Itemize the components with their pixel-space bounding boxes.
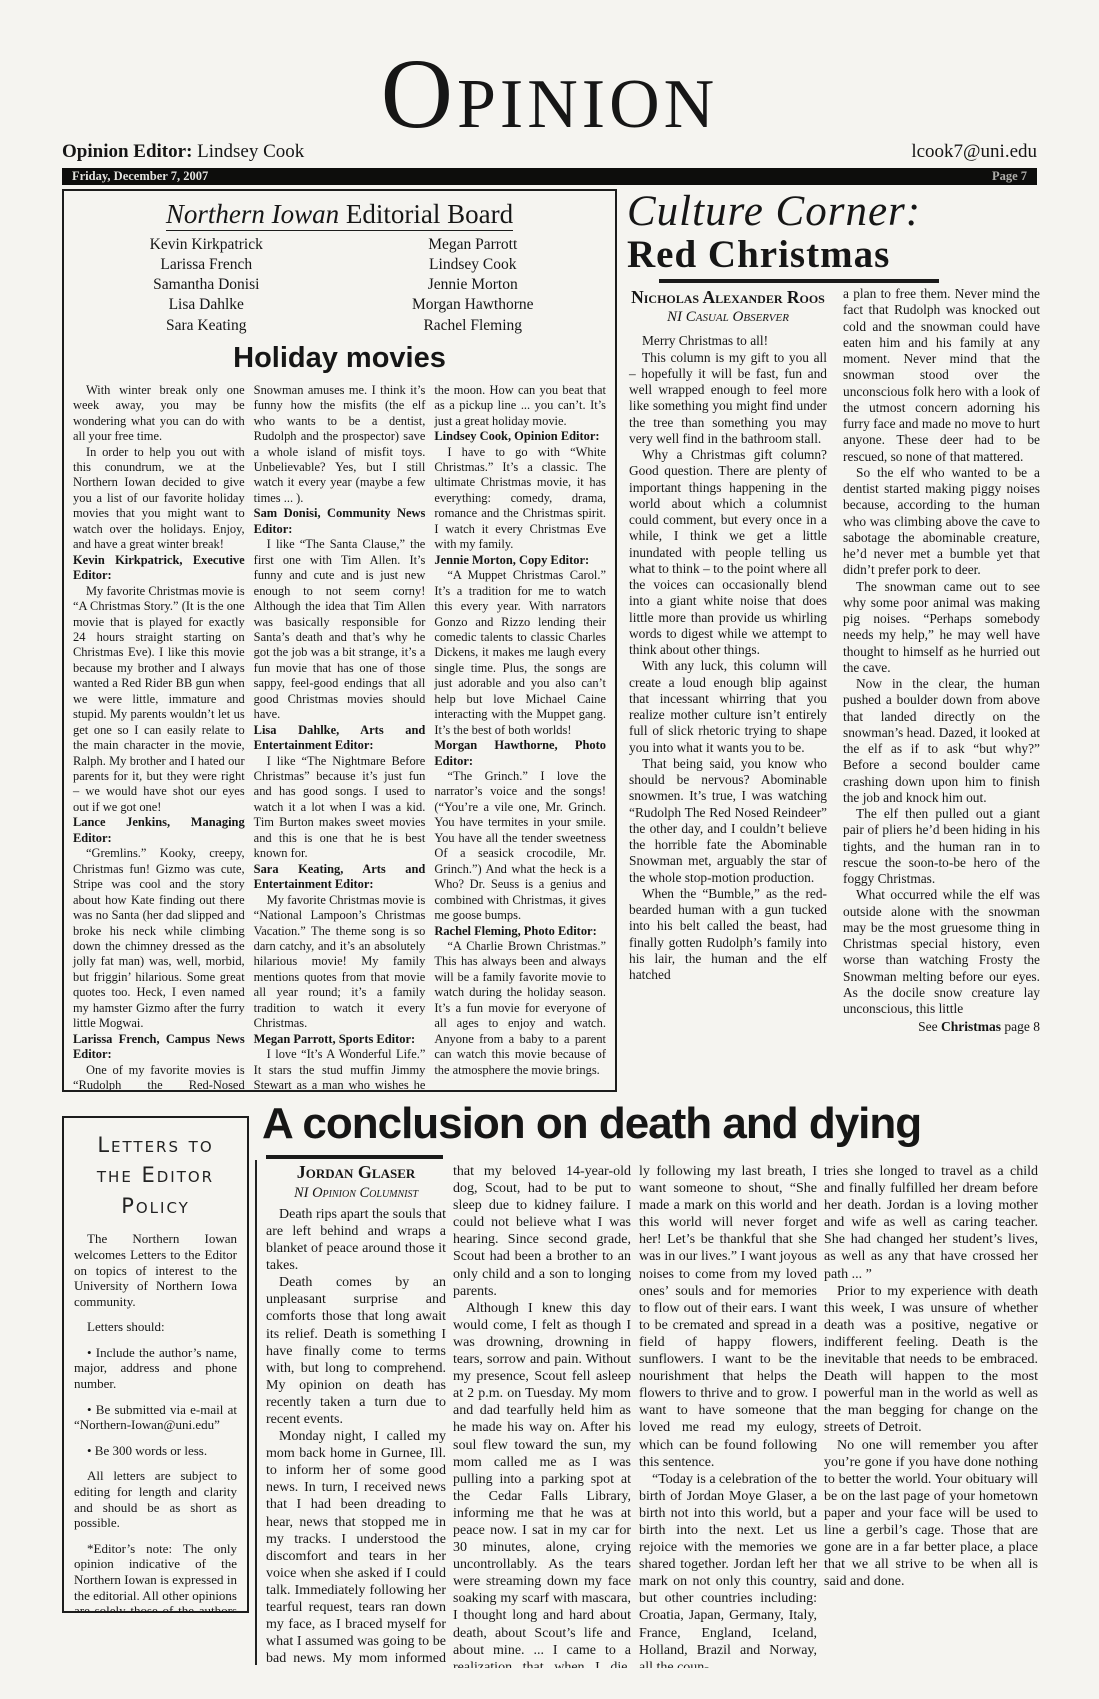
holiday-movies-headline: Holiday movies xyxy=(73,342,606,375)
board-member-name: Lindsey Cook xyxy=(340,255,607,275)
culture-corner-subtitle: Red Christmas xyxy=(627,235,1040,274)
column-subhead: Lisa Dahlke, Arts and Entertainment Edit… xyxy=(254,723,426,754)
column-subhead: Lindsey Cook, Opinion Editor: xyxy=(434,429,606,444)
paragraph: No one will remember you after you’re go… xyxy=(824,1437,1038,1591)
editorial-board-names: Kevin KirkpatrickLarissa FrenchSamantha … xyxy=(73,235,606,336)
paragraph: “A Charlie Brown Christmas.” This has al… xyxy=(434,939,606,1078)
paragraph: Prior to my experience with death this w… xyxy=(824,1283,1038,1437)
paragraph: “The Grinch.” I love the narrator’s voic… xyxy=(434,769,606,924)
board-member-name: Sara Keating xyxy=(73,316,340,336)
article-column: Jordan Glaser NI Opinion Columnist Death… xyxy=(266,1163,446,1668)
byline-author: Jordan Glaser xyxy=(266,1163,446,1183)
paragraph: In order to help you out with this conun… xyxy=(73,445,245,553)
paragraph: Now in the clear, the human pushed a bou… xyxy=(843,676,1040,806)
byline-role: NI Opinion Columnist xyxy=(266,1185,446,1202)
column-text: a plan to free them. Never mind the fact… xyxy=(843,286,1040,1017)
board-names-left: Kevin KirkpatrickLarissa FrenchSamantha … xyxy=(73,235,340,336)
column-subhead: Megan Parrott, Sports Editor: xyxy=(254,1032,426,1047)
paragraph: Death comes by an unpleasant surprise an… xyxy=(266,1274,446,1428)
jump-prefix: See xyxy=(918,1019,941,1034)
paragraph: When the “Bumble,” as the red-bearded hu… xyxy=(629,886,827,984)
editor-email: lcook7@uni.edu xyxy=(911,141,1037,163)
paragraph: I have to go with “White Christmas.” It’… xyxy=(434,445,606,553)
article-column: ly following my last breath, I want some… xyxy=(639,1163,817,1668)
paragraph: I love “It’s A Wonderful Life.” It stars… xyxy=(254,1047,426,1092)
column-divider-rule xyxy=(255,1160,257,1665)
paragraph: With any luck, this column will create a… xyxy=(629,658,827,756)
continued-on-page-note: See Christmas page 8 xyxy=(843,1019,1040,1035)
board-member-name: Rachel Fleming xyxy=(340,316,607,336)
letters-heading-line: the Editor xyxy=(74,1160,237,1190)
byline-role: NI Casual Observer xyxy=(629,309,827,326)
board-names-right: Megan ParrottLindsey CookJennie MortonMo… xyxy=(340,235,607,336)
death-article-headline: A conclusion on death and dying xyxy=(262,1099,1052,1149)
paragraph: Monday night, I called my mom back home … xyxy=(266,1428,446,1668)
paragraph: The Northern Iowan welcomes Letters to t… xyxy=(74,1231,237,1309)
paragraph: a plan to free them. Never mind the fact… xyxy=(843,286,1040,465)
byline: Nicholas Alexander Roos NI Casual Observ… xyxy=(629,288,827,326)
article-column: a plan to free them. Never mind the fact… xyxy=(843,286,1040,1035)
column-subhead: Sara Keating, Arts and Entertainment Edi… xyxy=(254,862,426,893)
board-title-rest: Editorial Board xyxy=(339,199,513,229)
byline-rule xyxy=(266,1155,443,1159)
paragraph: Why a Christmas gift column? Good questi… xyxy=(629,447,827,658)
paragraph: All letters are subject to editing for l… xyxy=(74,1468,237,1530)
headline-rule xyxy=(659,279,939,283)
column-subhead: Kevin Kirkpatrick, Executive Editor: xyxy=(73,553,245,584)
paragraph: “Gremlins.” Kooky, creepy, Christmas fun… xyxy=(73,846,245,1031)
paragraph: that my beloved 14-year-old dog, Scout, … xyxy=(453,1163,631,1300)
board-member-name: Larissa French xyxy=(73,255,340,275)
board-member-name: Jennie Morton xyxy=(340,275,607,295)
issue-date: Friday, December 7, 2007 xyxy=(72,169,208,184)
byline-author: Nicholas Alexander Roos xyxy=(629,288,827,307)
jump-suffix: page 8 xyxy=(1001,1019,1040,1034)
editorial-board-box: Northern Iowan Editorial Board Kevin Kir… xyxy=(62,189,617,1092)
column-subhead: Sam Donisi, Community News Editor: xyxy=(254,506,426,537)
board-member-name: Lisa Dahlke xyxy=(73,295,340,315)
letters-heading-line: Policy xyxy=(74,1191,237,1221)
byline: Jordan Glaser NI Opinion Columnist xyxy=(266,1163,446,1202)
article-column: the moon. How can you beat that as a pic… xyxy=(434,383,606,1092)
paragraph: With winter break only one week away, yo… xyxy=(73,383,245,445)
paragraph: Death rips apart the souls that are left… xyxy=(266,1206,446,1274)
board-member-name: Megan Parrott xyxy=(340,235,607,255)
letters-heading-line: Letters to xyxy=(74,1130,237,1160)
paragraph: My favorite Christmas movie is “National… xyxy=(254,893,426,1032)
paragraph: Although I knew this day would come, I f… xyxy=(453,1300,631,1668)
paragraph: I like “The Nightmare Before Christmas” … xyxy=(254,754,426,862)
paragraph: *Editor’s note: The only opinion indicat… xyxy=(74,1541,237,1613)
editor-name: Lindsey Cook xyxy=(192,141,304,162)
newspaper-page: Opinion Opinion Editor: Lindsey Cook lco… xyxy=(0,0,1099,1699)
paragraph: I like “The Santa Clause,” the first one… xyxy=(254,537,426,722)
column-subhead: Lance Jenkins, Managing Editor: xyxy=(73,815,245,846)
editor-label: Opinion Editor: xyxy=(62,141,192,162)
column-subhead: Rachel Fleming, Photo Editor: xyxy=(434,924,606,939)
article-column: that my beloved 14-year-old dog, Scout, … xyxy=(453,1163,631,1668)
date-bar: Friday, December 7, 2007 Page 7 xyxy=(62,168,1037,185)
paragraph: • Be 300 words or less. xyxy=(74,1443,237,1459)
paragraph: • Include the author’s name, major, addr… xyxy=(74,1345,237,1392)
paragraph: The elf then pulled out a giant pair of … xyxy=(843,806,1040,887)
opinion-editor-credit: Opinion Editor: Lindsey Cook xyxy=(62,141,304,163)
column-subhead: Jennie Morton, Copy Editor: xyxy=(434,553,606,568)
article-column: With winter break only one week away, yo… xyxy=(73,383,245,1092)
editorial-board-title: Northern Iowan Editorial Board xyxy=(73,199,606,230)
column-text: Death rips apart the souls that are left… xyxy=(266,1206,446,1668)
paragraph: the moon. How can you beat that as a pic… xyxy=(434,383,606,429)
letters-policy-heading: Letters to the Editor Policy xyxy=(74,1130,237,1221)
paragraph: “Today is a celebration of the birth of … xyxy=(639,1471,817,1668)
paragraph: ly following my last breath, I want some… xyxy=(639,1163,817,1471)
paragraph: One of my favorite movies is “Rudolph th… xyxy=(73,1063,245,1092)
page-number: Page 7 xyxy=(992,169,1027,184)
board-member-name: Kevin Kirkpatrick xyxy=(73,235,340,255)
paper-name: Northern Iowan xyxy=(166,199,339,229)
board-member-name: Samantha Donisi xyxy=(73,275,340,295)
jump-word: Christmas xyxy=(941,1019,1001,1034)
paragraph: That being said, you know who should be … xyxy=(629,756,827,886)
column-subhead: Larissa French, Campus News Editor: xyxy=(73,1032,245,1063)
paragraph: My favorite Christmas movie is “A Christ… xyxy=(73,584,245,816)
culture-corner-article: Culture Corner: Red Christmas Nicholas A… xyxy=(627,190,1040,1092)
article-column: Snowman amuses me. I think it’s funny ho… xyxy=(254,383,426,1092)
column-subhead: Morgan Hawthorne, Photo Editor: xyxy=(434,738,606,769)
page-title: Opinion xyxy=(0,44,1099,144)
culture-corner-title: Culture Corner: xyxy=(627,190,1040,233)
column-text: Merry Christmas to all!This column is my… xyxy=(629,333,827,983)
paragraph: “A Muppet Christmas Carol.” It’s a tradi… xyxy=(434,568,606,738)
paragraph: • Be submitted via e-mail at “Northern-I… xyxy=(74,1402,237,1433)
paragraph: Letters should: xyxy=(74,1319,237,1335)
letters-policy-box: Letters to the Editor Policy The Norther… xyxy=(62,1116,249,1613)
paragraph: The snowman came out to see why some poo… xyxy=(843,579,1040,677)
paragraph: What occurred while the elf was outside … xyxy=(843,887,1040,1017)
paragraph: So the elf who wanted to be a dentist st… xyxy=(843,465,1040,579)
article-column: Nicholas Alexander Roos NI Casual Observ… xyxy=(629,288,827,983)
article-column: tries she longed to travel as a child an… xyxy=(824,1163,1038,1668)
paragraph: Snowman amuses me. I think it’s funny ho… xyxy=(254,383,426,507)
paragraph: This column is my gift to you all – hope… xyxy=(629,350,827,448)
masthead-editor-row: Opinion Editor: Lindsey Cook lcook7@uni.… xyxy=(62,141,1037,163)
board-member-name: Morgan Hawthorne xyxy=(340,295,607,315)
letters-policy-text: The Northern Iowan welcomes Letters to t… xyxy=(74,1231,237,1613)
paragraph: Merry Christmas to all! xyxy=(629,333,827,349)
holiday-movies-article: With winter break only one week away, yo… xyxy=(73,383,606,1092)
paragraph: tries she longed to travel as a child an… xyxy=(824,1163,1038,1283)
